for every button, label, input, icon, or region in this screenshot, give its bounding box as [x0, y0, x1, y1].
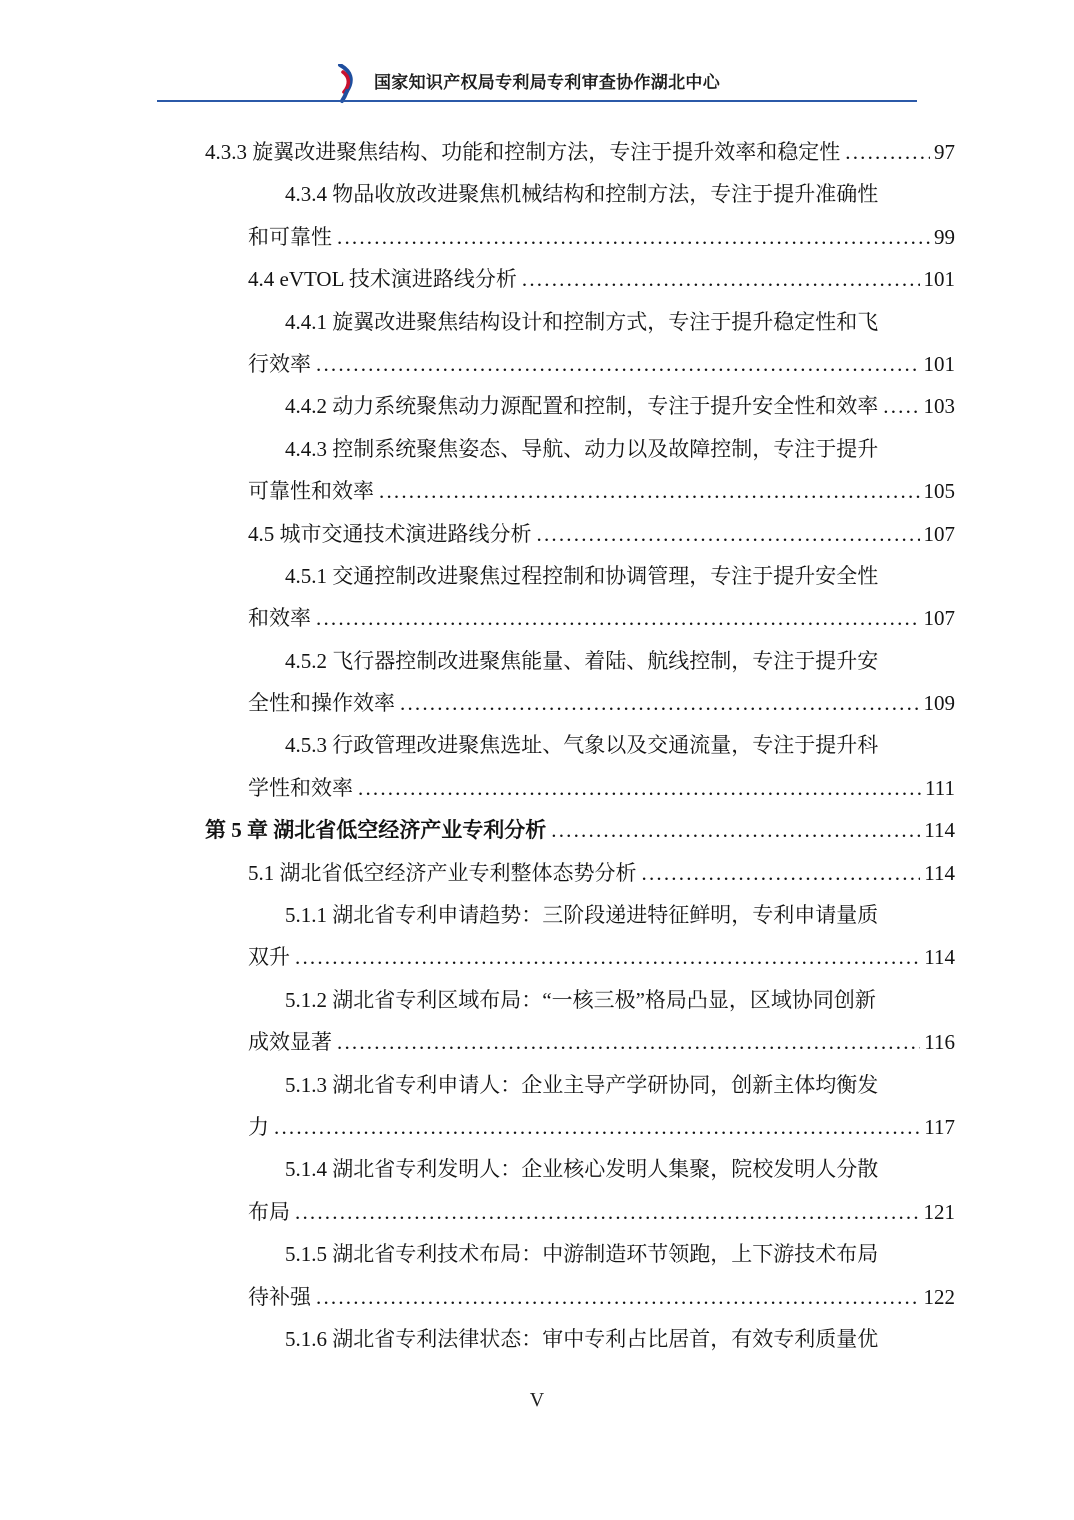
toc-entry[interactable]: 4.5.1 交通控制改进聚焦过程控制和协调管理，专注于提升安全性 [205, 555, 955, 597]
toc-entry-text: 布局 [248, 1191, 290, 1233]
page-footer: V [0, 1389, 1074, 1412]
toc-entry-text: 双升 [248, 936, 290, 978]
toc-entry[interactable]: 力117 [205, 1106, 955, 1148]
toc-entry[interactable]: 5.1.3 湖北省专利申请人：企业主导产学研协同，创新主体均衡发 [205, 1064, 955, 1106]
toc-entry[interactable]: 4.5.3 行政管理改进聚焦选址、气象以及交通流量，专注于提升科 [205, 724, 955, 766]
toc-entry-text: 待补强 [248, 1276, 311, 1318]
dot-leader [295, 936, 920, 978]
toc-entry[interactable]: 5.1.5 湖北省专利技术布局：中游制造环节领跑，上下游技术布局 [205, 1233, 955, 1275]
toc-entry-text: 5.1.4 湖北省专利发明人：企业核心发明人集聚，院校发明人分散 [285, 1148, 878, 1190]
footer-page-number: V [530, 1389, 544, 1411]
toc-entry[interactable]: 和可靠性99 [205, 216, 955, 258]
toc-entry[interactable]: 5.1.1 湖北省专利申请趋势：三阶段递进特征鲜明，专利申请量质 [205, 894, 955, 936]
toc-page-number: 121 [924, 1191, 956, 1233]
dot-leader [316, 597, 920, 639]
dot-leader [551, 809, 920, 851]
toc-entry[interactable]: 行效率101 [205, 343, 955, 385]
toc-entry-text: 4.5.3 行政管理改进聚焦选址、气象以及交通流量，专注于提升科 [285, 724, 878, 766]
dot-leader [358, 767, 921, 809]
toc-entry[interactable]: 4.4.3 控制系统聚焦姿态、导航、动力以及故障控制，专注于提升 [205, 428, 955, 470]
toc-entry[interactable]: 双升114 [205, 936, 955, 978]
dot-leader [337, 216, 930, 258]
document-page: 国家知识产权局专利局专利审查协作湖北中心 4.3.3 旋翼改进聚焦结构、功能和控… [0, 0, 1074, 1520]
toc-page-number: 114 [924, 809, 955, 851]
toc-entry-text: 5.1.6 湖北省专利法律状态：审中专利占比居首，有效专利质量优 [285, 1318, 878, 1360]
dot-leader [379, 470, 920, 512]
toc-entry-text: 和效率 [248, 597, 311, 639]
toc-entry-text: 5.1.3 湖北省专利申请人：企业主导产学研协同，创新主体均衡发 [285, 1064, 878, 1106]
toc-page-number: 101 [924, 343, 956, 385]
toc-entry[interactable]: 全性和操作效率109 [205, 682, 955, 724]
toc-entry-text: 4.4.3 控制系统聚焦姿态、导航、动力以及故障控制，专注于提升 [285, 428, 878, 470]
toc-entry-text: 4.3.3 旋翼改进聚焦结构、功能和控制方法，专注于提升效率和稳定性 [205, 131, 840, 173]
dot-leader [883, 385, 919, 427]
dot-leader [295, 1191, 920, 1233]
toc-page-number: 116 [924, 1021, 955, 1063]
toc-entry[interactable]: 4.5 城市交通技术演进路线分析107 [205, 513, 955, 555]
toc-entry[interactable]: 4.3.3 旋翼改进聚焦结构、功能和控制方法，专注于提升效率和稳定性97 [205, 131, 955, 173]
toc-entry-text: 5.1.2 湖北省专利区域布局：“一核三极”格局凸显，区域协同创新 [285, 979, 876, 1021]
toc-entry-text: 5.1.5 湖北省专利技术布局：中游制造环节领跑，上下游技术布局 [285, 1233, 878, 1275]
toc-entry[interactable]: 待补强122 [205, 1276, 955, 1318]
toc-entry-text: 4.5.1 交通控制改进聚焦过程控制和协调管理，专注于提升安全性 [285, 555, 878, 597]
toc-entry-text: 5.1.1 湖北省专利申请趋势：三阶段递进特征鲜明，专利申请量质 [285, 894, 878, 936]
toc-entry-text: 学性和效率 [248, 767, 353, 809]
toc-entry-text: 和可靠性 [248, 216, 332, 258]
toc-entry[interactable]: 可靠性和效率105 [205, 470, 955, 512]
toc-list: 4.3.3 旋翼改进聚焦结构、功能和控制方法，专注于提升效率和稳定性974.3.… [205, 131, 955, 1360]
dot-leader [316, 343, 920, 385]
header-title: 国家知识产权局专利局专利审查协作湖北中心 [374, 71, 720, 95]
toc-entry-text: 4.3.4 物品收放改进聚焦机械结构和控制方法，专注于提升准确性 [285, 173, 878, 215]
toc-page-number: 107 [924, 513, 956, 555]
header-divider [157, 100, 917, 102]
toc-entry-text: 可靠性和效率 [248, 470, 374, 512]
toc-entry-text: 第 5 章 湖北省低空经济产业专利分析 [205, 809, 546, 851]
toc-entry-text: 成效显著 [248, 1021, 332, 1063]
toc-entry[interactable]: 学性和效率111 [205, 767, 955, 809]
toc-entry[interactable]: 5.1.2 湖北省专利区域布局：“一核三极”格局凸显，区域协同创新 [205, 979, 955, 1021]
toc-page-number: 101 [924, 258, 956, 300]
toc-entry-text: 行效率 [248, 343, 311, 385]
toc-page-number: 117 [924, 1106, 955, 1148]
toc-page-number: 103 [924, 385, 956, 427]
toc-entry-text: 力 [248, 1106, 269, 1148]
dot-leader [522, 258, 920, 300]
dot-leader [537, 513, 920, 555]
toc-entry[interactable]: 5.1.4 湖北省专利发明人：企业核心发明人集聚，院校发明人分散 [205, 1148, 955, 1190]
toc-page-number: 107 [924, 597, 956, 639]
dot-leader [845, 131, 930, 173]
dot-leader [337, 1021, 920, 1063]
toc-entry[interactable]: 4.4.1 旋翼改进聚焦结构设计和控制方式，专注于提升稳定性和飞 [205, 301, 955, 343]
toc-entry-text: 4.5 城市交通技术演进路线分析 [248, 513, 532, 555]
toc-entry[interactable]: 成效显著116 [205, 1021, 955, 1063]
toc-page-number: 99 [934, 216, 955, 258]
toc-entry[interactable]: 和效率107 [205, 597, 955, 639]
toc-page-number: 109 [924, 682, 956, 724]
toc-entry[interactable]: 4.5.2 飞行器控制改进聚焦能量、着陆、航线控制，专注于提升安 [205, 640, 955, 682]
brand-swoosh-icon [336, 64, 358, 104]
toc-page-number: 111 [925, 767, 955, 809]
toc-entry-text: 4.4.1 旋翼改进聚焦结构设计和控制方式，专注于提升稳定性和飞 [285, 301, 878, 343]
dot-leader [316, 1276, 920, 1318]
dot-leader [400, 682, 920, 724]
dot-leader [274, 1106, 920, 1148]
toc-entry[interactable]: 4.3.4 物品收放改进聚焦机械结构和控制方法，专注于提升准确性 [205, 173, 955, 215]
toc-entry-text: 4.4 eVTOL 技术演进路线分析 [248, 258, 517, 300]
toc-entry[interactable]: 布局121 [205, 1191, 955, 1233]
toc-entry[interactable]: 4.4.2 动力系统聚焦动力源配置和控制，专注于提升安全性和效率103 [205, 385, 955, 427]
toc-entry-text: 4.5.2 飞行器控制改进聚焦能量、着陆、航线控制，专注于提升安 [285, 640, 878, 682]
dot-leader [642, 852, 921, 894]
toc-entry[interactable]: 5.1 湖北省低空经济产业专利整体态势分析114 [205, 852, 955, 894]
toc-page-number: 114 [924, 936, 955, 978]
toc-entry[interactable]: 第 5 章 湖北省低空经济产业专利分析114 [205, 809, 955, 851]
toc-page-number: 122 [924, 1276, 956, 1318]
toc-entry[interactable]: 5.1.6 湖北省专利法律状态：审中专利占比居首，有效专利质量优 [205, 1318, 955, 1360]
toc-page-number: 97 [934, 131, 955, 173]
toc-entry-text: 4.4.2 动力系统聚焦动力源配置和控制，专注于提升安全性和效率 [285, 385, 878, 427]
toc-entry-text: 5.1 湖北省低空经济产业专利整体态势分析 [248, 852, 637, 894]
toc-page-number: 105 [924, 470, 956, 512]
toc-entry-text: 全性和操作效率 [248, 682, 395, 724]
toc-page-number: 114 [924, 852, 955, 894]
toc-entry[interactable]: 4.4 eVTOL 技术演进路线分析101 [205, 258, 955, 300]
